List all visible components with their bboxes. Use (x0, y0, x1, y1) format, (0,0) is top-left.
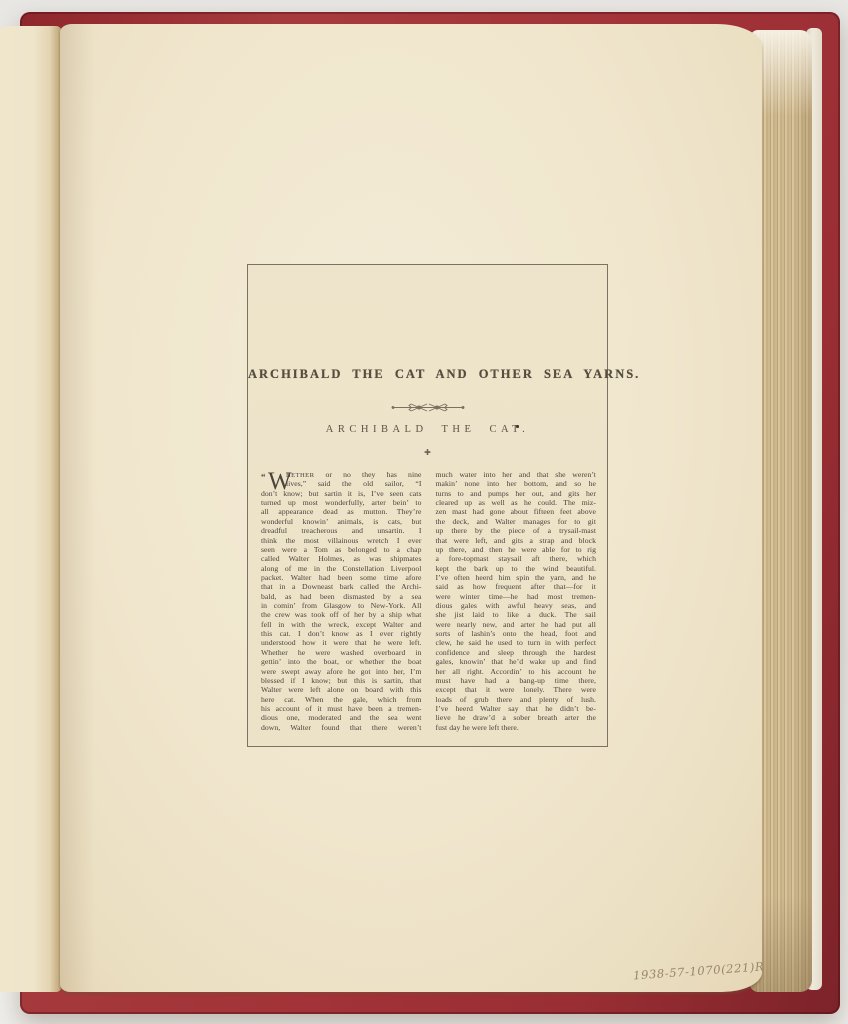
text-line: here cat. When the gale, which from (261, 695, 422, 704)
text-line: bald, as had been dismasted by a sea (261, 592, 422, 601)
text-line: along of me in the Constellation Liverpo… (261, 564, 422, 573)
text-line: kept the bark up to the wind beautiful. (436, 564, 597, 573)
printed-panel: ARCHIBALD THE CAT AND OTHER SEA YARNS. (247, 264, 608, 747)
text-line: dreadful treacherous and unsartin. I (261, 526, 422, 535)
book-title: ARCHIBALD THE CAT AND OTHER SEA YARNS. (248, 367, 607, 382)
text-line: much water into her and that she weren’t (436, 470, 597, 479)
text-line: his account of it must have been a treme… (261, 704, 422, 713)
divider-ornament-icon (248, 401, 607, 419)
text-line: fust day he were left there. (436, 723, 597, 732)
text-line: all appearance dead as mutton. They’re (261, 507, 422, 516)
text-line: turns to and pumps her out, and gits her (436, 489, 597, 498)
text-line: down, Walter found that there weren’t (261, 723, 422, 732)
text-columns: “ W HETHER or no they has nine lives,” s… (261, 470, 596, 732)
photo-backdrop: ARCHIBALD THE CAT AND OTHER SEA YARNS. (0, 0, 848, 1024)
text-line: wonderful knowin’ animals, is cats, but (261, 517, 422, 526)
text-line: sorts of lashin’s onto the head, foot an… (436, 629, 597, 638)
text-line: were winter time—he had most tremen- (436, 592, 597, 601)
text-line: gettin’ into the boat, or whether the bo… (261, 657, 422, 666)
drop-cap: W (268, 471, 292, 492)
opening-quote: “ (261, 472, 266, 482)
text-line: I’ve often heerd him spin the yarn, and … (436, 573, 597, 582)
text-line: fell in with the wreck, except Walter an… (261, 620, 422, 629)
text-line: the deck, and Walter manages for to git (436, 517, 597, 526)
text-line: cleared up as well as he could. The miz- (436, 498, 597, 507)
text-line: called Walter Holmes, as was shipmates (261, 554, 422, 563)
text-line: up there, and then he were able for to r… (436, 545, 597, 554)
text-line: that were left, and gits a strap and blo… (436, 536, 597, 545)
text-line: except that it were lonely. There were (436, 685, 597, 694)
text-line: the crew was took off of her by a ship w… (261, 610, 422, 619)
text-line: Walter were left alone on board with thi… (261, 685, 422, 694)
ink-spot (516, 425, 519, 428)
text-line: confidence and sleep through the hardest (436, 648, 597, 657)
text-line: this cat. I don’t know as I ever rightly (261, 629, 422, 638)
text-line: seen were a Tom as belonged to a chap (261, 545, 422, 554)
text-line: turned up most wonderfully, arter bein’ … (261, 498, 422, 507)
text-line: clew, he said he used to turn in with pe… (436, 638, 597, 647)
chapter-title: ARCHIBALD THE CAT. (248, 424, 607, 435)
text-line: I’ve heerd Walter say that he didn’t be- (436, 704, 597, 713)
text-line: loads of grub there and plenty of lush. (436, 695, 597, 704)
text-line: must have had a bang-up time there, (436, 676, 597, 685)
text-line: were swept away afore he got into her, I… (261, 667, 422, 676)
text-line: gales, knowin’ that he’d wake up and fin… (436, 657, 597, 666)
text-line: makin’ none into her bottom, and so he (436, 479, 597, 488)
text-line: blessed if I know; but this is sartin, t… (261, 676, 422, 685)
cross-ornament-icon: ✚ (248, 448, 607, 457)
text-line: think the most villainous wretch I ever (261, 536, 422, 545)
text-line-list: don’t know; but sartin it is, I’ve seen … (261, 489, 422, 732)
text-line: up there by the piece of a trysail-mast (436, 526, 597, 535)
open-page: ARCHIBALD THE CAT AND OTHER SEA YARNS. (60, 24, 762, 992)
text-column-left: “ W HETHER or no they has nine lives,” s… (261, 470, 422, 732)
text-line: were nearly new, and arter he had put al… (436, 620, 597, 629)
text-line: in comin’ from Glasgow to New-York. All (261, 601, 422, 610)
text-line: that in a Downeast bark called the Archi… (261, 582, 422, 591)
text-line: said as how frequent after that—for it (436, 582, 597, 591)
text-column-right: much water into her and that she weren’t… (436, 470, 597, 732)
left-page-curl (0, 26, 62, 992)
text-line: a fore-topmast staysail aft there, which (436, 554, 597, 563)
text-line: Whether he were washed overboard in (261, 648, 422, 657)
text-line: she jist laid to like a duck. The sail (436, 610, 597, 619)
text-line: lieve he draw’d a sober breath arter the (436, 713, 597, 722)
text-line: understood how it were that he were left… (261, 638, 422, 647)
text-line: zen mast had gone about fifteen feet abo… (436, 507, 597, 516)
text-line: dious gales with awful heavy seas, and (436, 601, 597, 610)
text-line: packet. Walter had been some time afore (261, 573, 422, 582)
text-line: her all right. Accordin’ to his account … (436, 667, 597, 676)
text-line: dious one, moderated and the sea went (261, 713, 422, 722)
